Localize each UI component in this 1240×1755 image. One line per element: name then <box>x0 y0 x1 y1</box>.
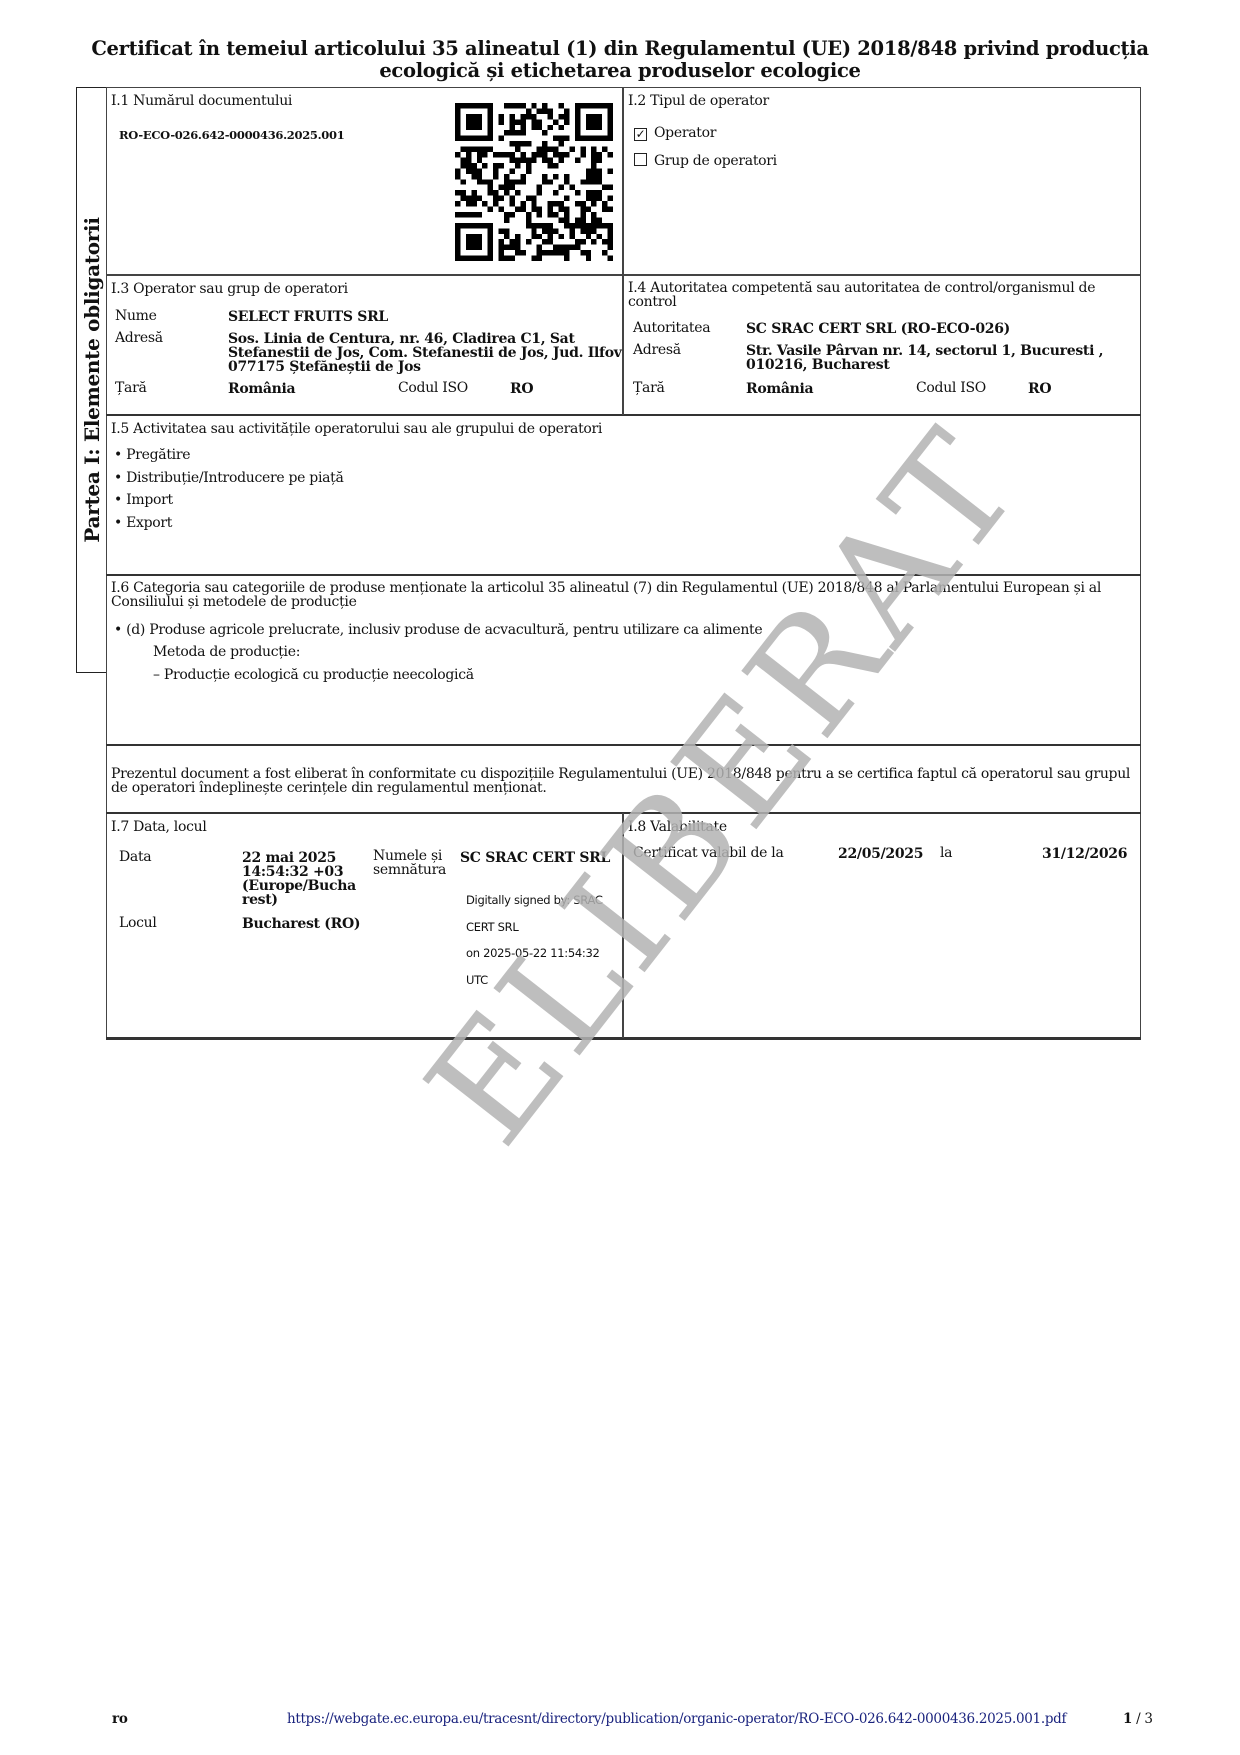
address-line: 077175 Ștefăneștii de Jos <box>228 360 622 374</box>
operator-address-label: Adresă <box>115 330 163 346</box>
divider-bottom <box>106 1037 1141 1040</box>
date-line: 14:54:32 +03 <box>242 865 356 879</box>
operator-country: România <box>228 382 295 396</box>
page-current: 1 <box>1123 1711 1132 1727</box>
section-1-5-heading: I.5 Activitatea sau activitățile operato… <box>111 421 602 437</box>
divider-row-2 <box>106 414 1141 416</box>
production-method-label: Metoda de producție: <box>153 644 300 660</box>
divider-col-bottom <box>622 813 624 1038</box>
activity-item: • Export <box>114 512 344 535</box>
footer-url-link[interactable]: https://webgate.ec.europa.eu/tracesnt/di… <box>287 1711 1066 1727</box>
option-label: Grup de operatori <box>654 153 777 169</box>
page-number: 1 / 3 <box>1123 1711 1153 1727</box>
date-label: Data <box>119 849 151 865</box>
statement-line: de operatori îndeplinește cerințele din … <box>111 781 1130 795</box>
address-line: 010216, Bucharest <box>746 358 1103 372</box>
date-line: (Europe/Bucha <box>242 879 356 893</box>
label-line: Numele și <box>373 849 446 863</box>
heading-line: Consiliului și metodele de producție <box>111 595 1101 609</box>
divider-row-1 <box>106 274 1141 276</box>
operator-type-option-group[interactable]: Grup de operatori <box>634 153 777 169</box>
address-line: Stefanestii de Jos, Com. Stefanestii de … <box>228 346 622 360</box>
place-label: Locul <box>119 915 157 931</box>
authority-name: SC SRAC CERT SRL (RO-ECO-026) <box>746 322 1010 336</box>
date-line: rest) <box>242 893 356 907</box>
activity-item: • Pregătire <box>114 444 344 467</box>
section-1-6-heading: I.6 Categoria sau categoriile de produse… <box>111 581 1101 609</box>
heading-line: control <box>628 295 1095 309</box>
divider-row-5 <box>106 812 1141 814</box>
divider-col-top <box>622 87 624 415</box>
address-line: Str. Vasile Pârvan nr. 14, sectorul 1, B… <box>746 344 1103 358</box>
option-label: Operator <box>654 125 716 141</box>
signature-line: on 2025-05-22 11:54:32 <box>466 940 603 967</box>
section-1-8-heading: I.8 Valabilitate <box>628 819 727 835</box>
label-line: semnătura <box>373 863 446 877</box>
operator-address: Sos. Linia de Centura, nr. 46, Cladirea … <box>228 332 622 374</box>
valid-to-date: 31/12/2026 <box>1042 847 1127 861</box>
authority-country: România <box>746 382 813 396</box>
document-number: RO-ECO-026.642-0000436.2025.001 <box>119 128 344 142</box>
statement-line: Prezentul document a fost eliberat în co… <box>111 767 1130 781</box>
authority-iso-label: Codul ISO <box>916 380 986 396</box>
operator-name-label: Nume <box>115 308 157 324</box>
section-1-4-heading: I.4 Autoritatea competentă sau autoritat… <box>628 281 1095 309</box>
operator-iso-label: Codul ISO <box>398 380 468 396</box>
activities-list: • Pregătire • Distribuție/Introducere pe… <box>114 444 344 534</box>
signature-label: Numele și semnătura <box>373 849 446 877</box>
operator-iso: RO <box>510 382 533 396</box>
valid-from-label: Certificat valabil de la <box>633 845 784 861</box>
page-separator: / <box>1136 1711 1140 1727</box>
title-line-1: Certificat în temeiul articolului 35 ali… <box>0 38 1240 60</box>
authority-label: Autoritatea <box>633 320 710 336</box>
production-method: – Producție ecologică cu producție neeco… <box>153 667 474 683</box>
issue-date: 22 mai 2025 14:54:32 +03 (Europe/Bucha r… <box>242 851 356 907</box>
part-label-box: Partea I: Elemente obligatorii <box>76 87 107 673</box>
heading-line: I.4 Autoritatea competentă sau autoritat… <box>628 281 1095 295</box>
signature-line: CERT SRL <box>466 914 603 941</box>
document-title: Certificat în temeiul articolului 35 ali… <box>0 38 1240 82</box>
footer-language: ro <box>112 1711 128 1727</box>
section-1-1-heading: I.1 Numărul documentului <box>111 93 292 109</box>
divider-row-4 <box>106 744 1141 746</box>
signatory-name: SC SRAC CERT SRL <box>460 851 610 865</box>
valid-from-date: 22/05/2025 <box>838 847 923 861</box>
authority-address-label: Adresă <box>633 342 681 358</box>
date-line: 22 mai 2025 <box>242 851 356 865</box>
product-category: • (d) Produse agricole prelucrate, inclu… <box>114 622 762 638</box>
operator-country-label: Țară <box>115 380 147 396</box>
signature-line: UTC <box>466 967 603 994</box>
authority-address: Str. Vasile Pârvan nr. 14, sectorul 1, B… <box>746 344 1103 372</box>
section-1-7-heading: I.7 Data, locul <box>111 819 207 835</box>
activity-item: • Distribuție/Introducere pe piață <box>114 467 344 490</box>
operator-type-option-operator[interactable]: ✓Operator <box>634 125 716 141</box>
signature-line: Digitally signed by: SRAC <box>466 887 603 914</box>
activity-item: • Import <box>114 489 344 512</box>
valid-to-label: la <box>940 845 952 861</box>
divider-row-3 <box>106 574 1141 576</box>
compliance-statement: Prezentul document a fost eliberat în co… <box>111 767 1130 795</box>
section-1-2-heading: I.2 Tipul de operator <box>628 93 769 109</box>
issue-place: Bucharest (RO) <box>242 917 360 931</box>
checkbox-unchecked-icon[interactable] <box>634 153 647 166</box>
part-label: Partea I: Elemente obligatorii <box>80 217 104 542</box>
operator-name: SELECT FRUITS SRL <box>228 310 388 324</box>
qr-code-icon <box>455 103 613 261</box>
section-1-3-heading: I.3 Operator sau grup de operatori <box>111 281 348 297</box>
heading-line: I.6 Categoria sau categoriile de produse… <box>111 581 1101 595</box>
digital-signature: Digitally signed by: SRAC CERT SRL on 20… <box>466 887 603 993</box>
title-line-2: ecologică și etichetarea produselor ecol… <box>0 60 1240 82</box>
checkbox-checked-icon[interactable]: ✓ <box>634 128 647 141</box>
authority-country-label: Țară <box>633 380 665 396</box>
authority-iso: RO <box>1028 382 1051 396</box>
page-total: 3 <box>1144 1711 1152 1727</box>
address-line: Sos. Linia de Centura, nr. 46, Cladirea … <box>228 332 622 346</box>
